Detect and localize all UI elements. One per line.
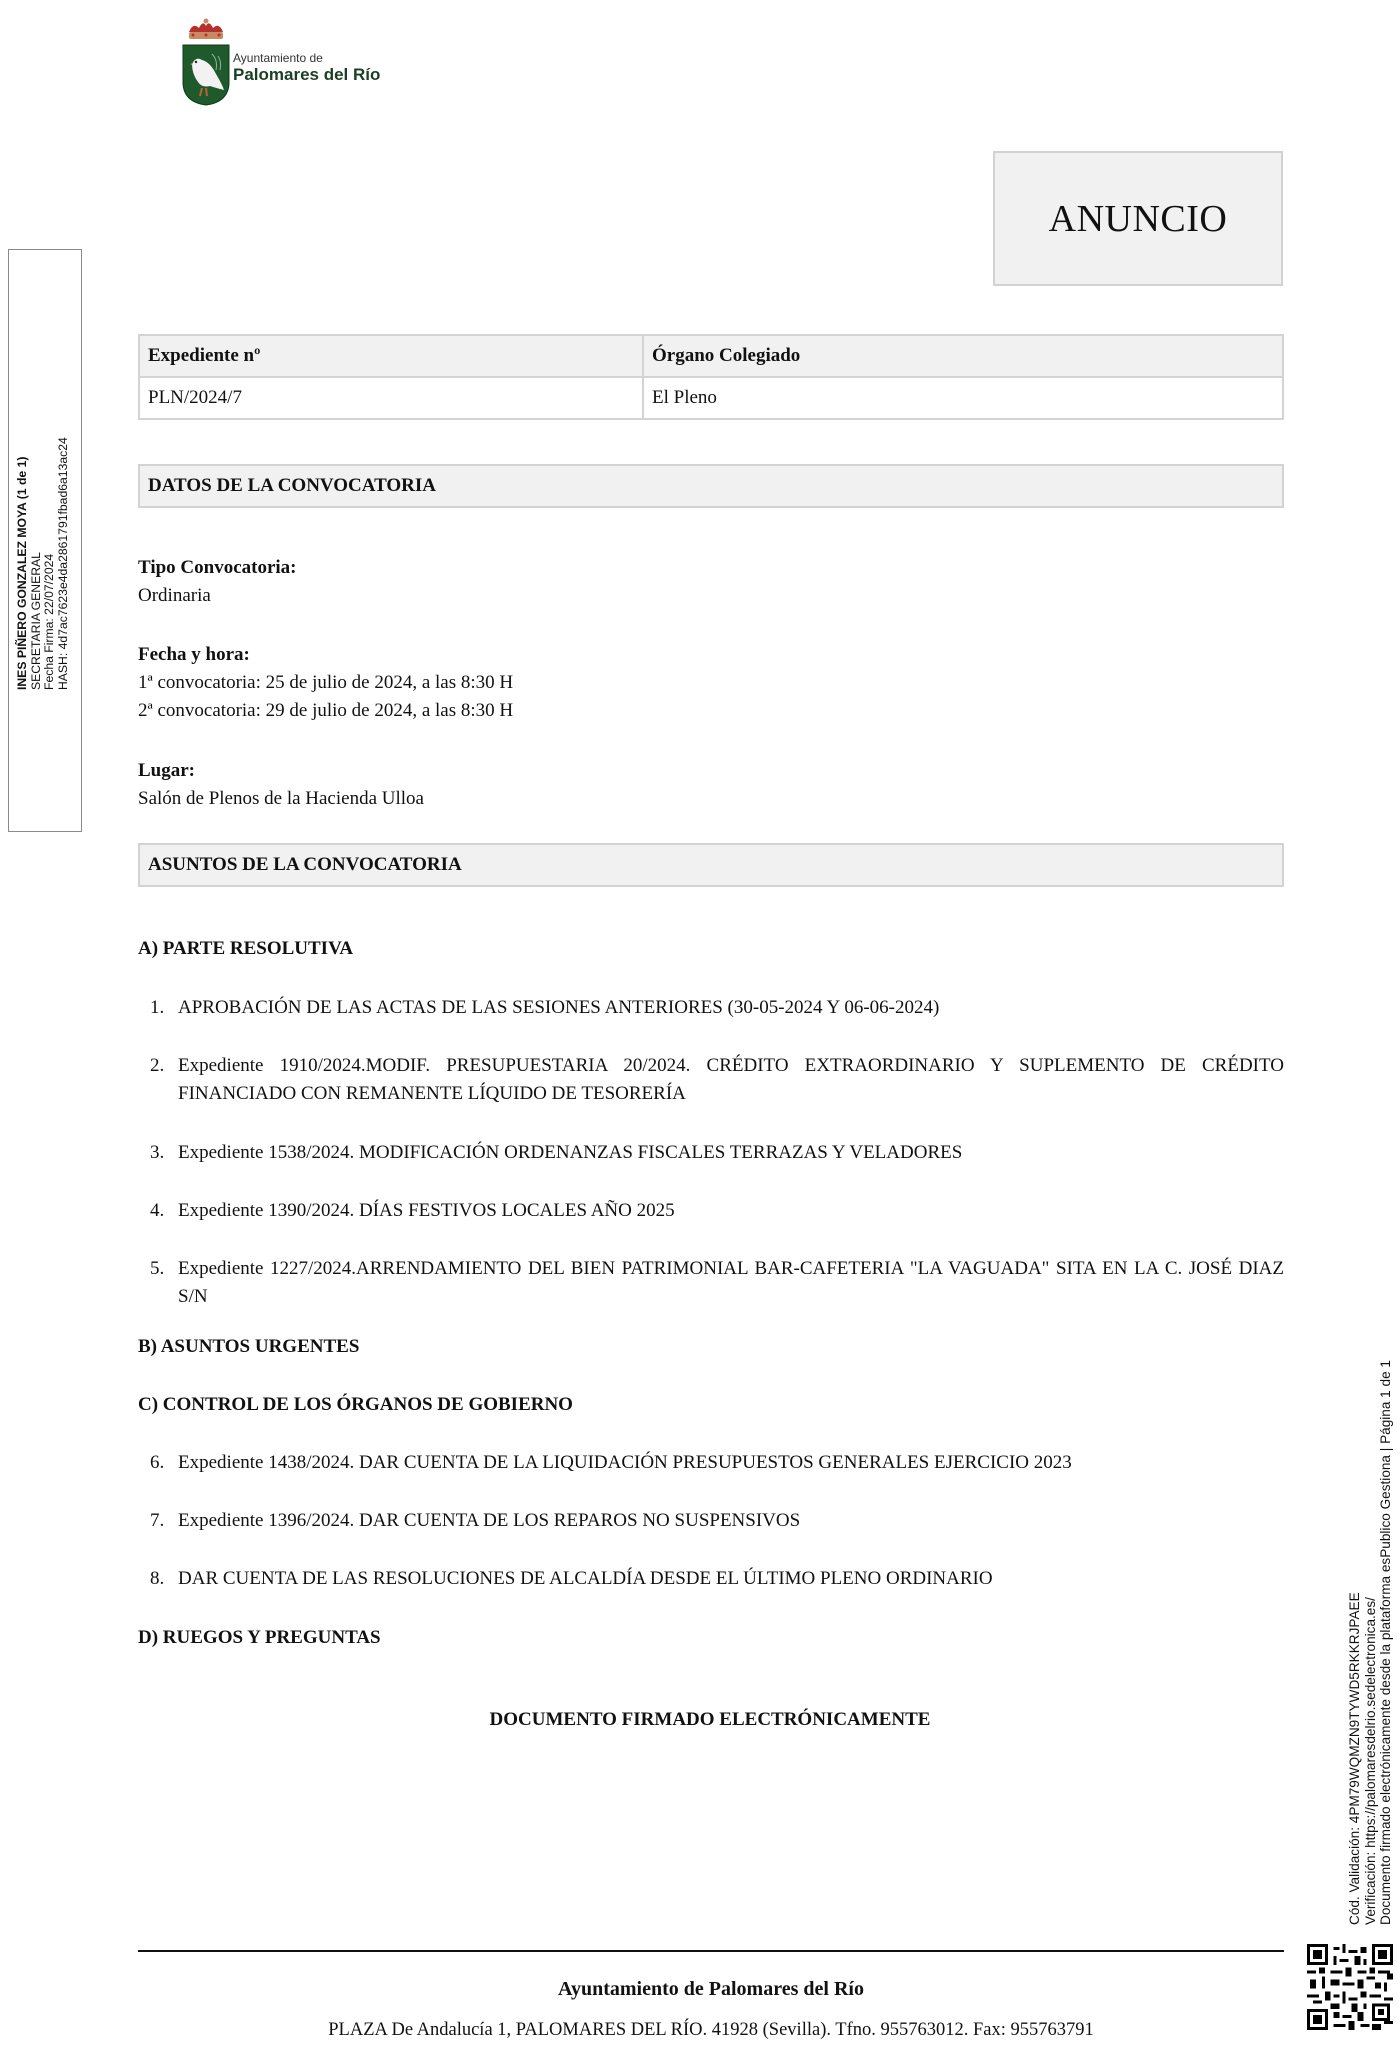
signed-notice: DOCUMENTO FIRMADO ELECTRÓNICAMENTE <box>0 1709 1400 1731</box>
validation-stamp: Cód. Validación: 4PM79WQMZN9TYWD5RKKRJPA… <box>1347 1360 1394 1925</box>
fecha-2: 2ª convocatoria: 29 de julio de 2024, a … <box>138 700 513 722</box>
item-number: 2. <box>150 1052 178 1080</box>
tipo-value: Ordinaria <box>138 585 211 607</box>
part-b-heading: B) ASUNTOS URGENTES <box>138 1336 359 1358</box>
agenda-item: 3. Expediente 1538/2024. MODIFICACIÓN OR… <box>150 1139 1284 1167</box>
item-text: Expediente 1438/2024. DAR CUENTA DE LA L… <box>178 1449 1284 1477</box>
table-row: PLN/2024/7 El Pleno <box>139 377 1283 419</box>
logo-line-1: Ayuntamiento de <box>233 51 323 65</box>
dove-shield-icon <box>182 44 230 106</box>
document-title: ANUNCIO <box>993 151 1283 286</box>
part-d-heading: D) RUEGOS Y PREGUNTAS <box>138 1627 381 1649</box>
table-header-row: Expediente nº Órgano Colegiado <box>139 335 1283 377</box>
fecha-1: 1ª convocatoria: 25 de julio de 2024, a … <box>138 672 513 694</box>
item-number: 3. <box>150 1139 178 1167</box>
verification-url[interactable]: Verificación: https://palomaresdelrio.se… <box>1363 1360 1379 1925</box>
footer-divider <box>138 1950 1284 1952</box>
item-number: 1. <box>150 994 178 1022</box>
item-number: 5. <box>150 1255 178 1283</box>
agenda-item: 8. DAR CUENTA DE LAS RESOLUCIONES DE ALC… <box>150 1565 1284 1593</box>
part-a-heading: A) PARTE RESOLUTIVA <box>138 938 353 960</box>
signature-date: Fecha Firma: 22/07/2024 <box>43 437 57 690</box>
agenda-item: 1. APROBACIÓN DE LAS ACTAS DE LAS SESION… <box>150 994 1284 1022</box>
item-number: 7. <box>150 1507 178 1535</box>
item-text: Expediente 1538/2024. MODIFICACIÓN ORDEN… <box>178 1139 1284 1167</box>
validation-code: Cód. Validación: 4PM79WQMZN9TYWD5RKKRJPA… <box>1347 1360 1363 1925</box>
item-text: Expediente 1396/2024. DAR CUENTA DE LOS … <box>178 1507 1284 1535</box>
item-number: 4. <box>150 1197 178 1225</box>
qr-code-icon[interactable] <box>1307 1944 1393 2030</box>
agenda-item: 7. Expediente 1396/2024. DAR CUENTA DE L… <box>150 1507 1284 1535</box>
tipo-label: Tipo Convocatoria: <box>138 557 297 579</box>
header-expediente: Expediente nº <box>139 335 643 377</box>
item-text: Expediente 1390/2024. DÍAS FESTIVOS LOCA… <box>178 1197 1284 1225</box>
part-c-heading: C) CONTROL DE LOS ÓRGANOS DE GOBIERNO <box>138 1394 573 1416</box>
agenda-item: 5. Expediente 1227/2024.ARRENDAMIENTO DE… <box>150 1255 1284 1311</box>
fecha-label: Fecha y hora: <box>138 644 250 666</box>
info-table: Expediente nº Órgano Colegiado PLN/2024/… <box>138 334 1284 420</box>
item-text: DAR CUENTA DE LAS RESOLUCIONES DE ALCALD… <box>178 1565 1284 1593</box>
municipality-logo: Ayuntamiento de Palomares del Río <box>180 18 380 110</box>
item-number: 6. <box>150 1449 178 1477</box>
logo-line-2: Palomares del Río <box>233 65 380 85</box>
expediente-value: PLN/2024/7 <box>139 377 643 419</box>
signature-hash: HASH: 4d7ac7623e4da2861791fbad6a13ac24 <box>57 437 71 690</box>
header-organo: Órgano Colegiado <box>643 335 1283 377</box>
organo-value: El Pleno <box>643 377 1283 419</box>
agenda-item: 2. Expediente 1910/2024.MODIF. PRESUPUES… <box>150 1052 1284 1108</box>
section-asuntos: ASUNTOS DE LA CONVOCATORIA <box>138 843 1284 887</box>
agenda-item: 6. Expediente 1438/2024. DAR CUENTA DE L… <box>150 1449 1284 1477</box>
item-text: APROBACIÓN DE LAS ACTAS DE LAS SESIONES … <box>178 994 1284 1022</box>
footer-address: PLAZA De Andalucía 1, PALOMARES DEL RÍO.… <box>138 2020 1284 2041</box>
footer-municipality: Ayuntamiento de Palomares del Río <box>138 1978 1284 2001</box>
section-datos: DATOS DE LA CONVOCATORIA <box>138 464 1284 508</box>
signature-stamp: INES PIÑERO GONZALEZ MOYA (1 de 1) SECRE… <box>16 437 70 690</box>
lugar-value: Salón de Plenos de la Hacienda Ulloa <box>138 788 424 810</box>
agenda-item: 4. Expediente 1390/2024. DÍAS FESTIVOS L… <box>150 1197 1284 1225</box>
item-number: 8. <box>150 1565 178 1593</box>
item-text: Expediente 1910/2024.MODIF. PRESUPUESTAR… <box>178 1052 1284 1108</box>
lugar-label: Lugar: <box>138 760 195 782</box>
item-text: Expediente 1227/2024.ARRENDAMIENTO DEL B… <box>178 1255 1284 1311</box>
signer-role: SECRETARIA GENERAL <box>30 437 44 690</box>
signer-name: INES PIÑERO GONZALEZ MOYA (1 de 1) <box>16 437 30 690</box>
crown-icon <box>183 18 229 42</box>
platform-note: Documento firmado electrónicamente desde… <box>1378 1360 1394 1925</box>
